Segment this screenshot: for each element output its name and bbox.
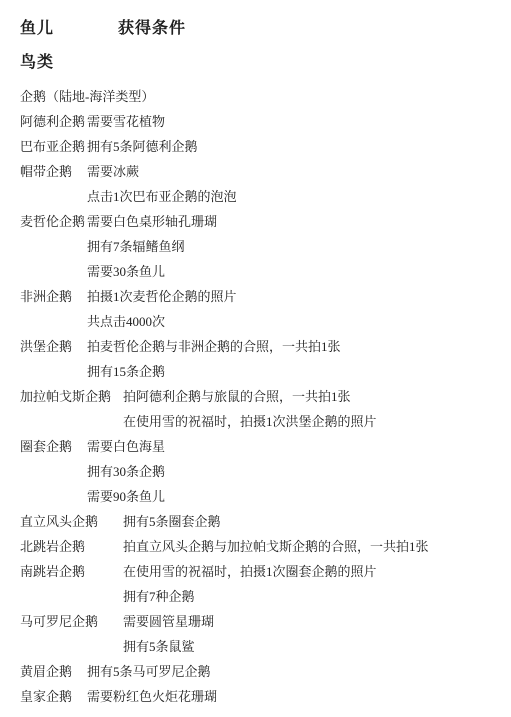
table-row: 直立风头企鹅 拥有5条圈套企鹅 — [20, 509, 503, 534]
penguin-name: 洪堡企鹅 — [20, 334, 87, 359]
condition-list: 需要粉红色火炬花珊瑚 — [87, 684, 503, 709]
condition-list: 拍摄1次麦哲伦企鹅的照片共点击4000次 — [87, 284, 503, 334]
condition-line: 需要90条鱼儿 — [87, 484, 503, 509]
condition-line: 拥有5条圈套企鹅 — [123, 509, 503, 534]
penguin-name: 圈套企鹅 — [20, 434, 87, 459]
table-row: 马可罗尼企鹅 需要圆管星珊瑚拥有5条鼠鲨 — [20, 609, 503, 659]
condition-line: 共点击4000次 — [87, 309, 503, 334]
penguin-name: 非洲企鹅 — [20, 284, 87, 309]
condition-line: 拥有7条辐鳍鱼纲 — [87, 234, 503, 259]
condition-line: 拥有5条鼠鲨 — [123, 634, 503, 659]
header-fish-column: 鱼儿 — [20, 16, 118, 42]
penguin-name: 马可罗尼企鹅 — [20, 609, 123, 634]
penguin-name: 阿德利企鹅 — [20, 109, 87, 134]
penguin-name: 加拉帕戈斯企鹅 — [20, 384, 123, 409]
condition-line: 点击1次巴布亚企鹅的泡泡 — [87, 184, 503, 209]
condition-line: 需要雪花植物 — [87, 109, 503, 134]
table-row: 南跳岩企鹅 在使用雪的祝福时，拍摄1次圈套企鹅的照片拥有7种企鹅 — [20, 559, 503, 609]
condition-line: 拍阿德利企鹅与旅鼠的合照，一共拍1张 — [123, 384, 503, 409]
condition-line: 拥有7种企鹅 — [123, 584, 503, 609]
table-row: 巴布亚企鹅 拥有5条阿德利企鹅 — [20, 134, 503, 159]
condition-line: 拥有30条企鹅 — [87, 459, 503, 484]
table-row: 皇家企鹅 需要粉红色火炬花珊瑚 — [20, 684, 503, 709]
condition-line: 需要白色海星 — [87, 434, 503, 459]
condition-list: 需要圆管星珊瑚拥有5条鼠鲨 — [123, 609, 503, 659]
condition-list: 在使用雪的祝福时，拍摄1次圈套企鹅的照片拥有7种企鹅 — [123, 559, 503, 609]
document-page: 鱼儿 获得条件 鸟类 企鹅（陆地-海洋类型） 阿德利企鹅 需要雪花植物 巴布亚企… — [0, 0, 511, 717]
condition-list: 拍直立风头企鹅与加拉帕戈斯企鹅的合照，一共拍1张 — [123, 534, 503, 559]
condition-line: 拥有5条阿德利企鹅 — [87, 134, 503, 159]
table-row: 加拉帕戈斯企鹅 拍阿德利企鹅与旅鼠的合照，一共拍1张在使用雪的祝福时，拍摄1次洪… — [20, 384, 503, 434]
subsection-title-penguin: 企鹅（陆地-海洋类型） — [20, 84, 503, 109]
table-row: 阿德利企鹅 需要雪花植物 — [20, 109, 503, 134]
table-row: 北跳岩企鹅 拍直立风头企鹅与加拉帕戈斯企鹅的合照，一共拍1张 — [20, 534, 503, 559]
table-row: 圈套企鹅 需要白色海星拥有30条企鹅需要90条鱼儿 — [20, 434, 503, 509]
section-title-birds: 鸟类 — [20, 50, 503, 76]
condition-list: 拥有5条阿德利企鹅 — [87, 134, 503, 159]
condition-list: 拥有5条马可罗尼企鹅 — [87, 659, 503, 684]
condition-line: 在使用雪的祝福时，拍摄1次圈套企鹅的照片 — [123, 559, 503, 584]
penguin-name: 麦哲伦企鹅 — [20, 209, 87, 234]
document-content: 鱼儿 获得条件 鸟类 企鹅（陆地-海洋类型） 阿德利企鹅 需要雪花植物 巴布亚企… — [0, 0, 511, 709]
condition-list: 拍阿德利企鹅与旅鼠的合照，一共拍1张在使用雪的祝福时，拍摄1次洪堡企鹅的照片 — [123, 384, 503, 434]
condition-list: 拍麦哲伦企鹅与非洲企鹅的合照，一共拍1张拥有15条企鹅 — [87, 334, 503, 384]
condition-line: 需要圆管星珊瑚 — [123, 609, 503, 634]
condition-list: 拥有5条圈套企鹅 — [123, 509, 503, 534]
penguin-name: 巴布亚企鹅 — [20, 134, 87, 159]
penguin-name: 皇家企鹅 — [20, 684, 87, 709]
penguin-name: 黄眉企鹅 — [20, 659, 87, 684]
penguin-name: 南跳岩企鹅 — [20, 559, 123, 584]
condition-line: 拍直立风头企鹅与加拉帕戈斯企鹅的合照，一共拍1张 — [123, 534, 503, 559]
table-row: 非洲企鹅 拍摄1次麦哲伦企鹅的照片共点击4000次 — [20, 284, 503, 334]
condition-line: 拍摄1次麦哲伦企鹅的照片 — [87, 284, 503, 309]
table-row: 洪堡企鹅 拍麦哲伦企鹅与非洲企鹅的合照，一共拍1张拥有15条企鹅 — [20, 334, 503, 384]
penguin-name: 帽带企鹅 — [20, 159, 87, 184]
table-row: 麦哲伦企鹅 需要白色桌形轴孔珊瑚拥有7条辐鳍鱼纲需要30条鱼儿 — [20, 209, 503, 284]
table-header-row: 鱼儿 获得条件 — [20, 16, 503, 42]
table-row: 帽带企鹅 需要冰蕨点击1次巴布亚企鹅的泡泡 — [20, 159, 503, 209]
condition-line: 在使用雪的祝福时，拍摄1次洪堡企鹅的照片 — [123, 409, 503, 434]
condition-line: 需要冰蕨 — [87, 159, 503, 184]
condition-list: 需要白色桌形轴孔珊瑚拥有7条辐鳍鱼纲需要30条鱼儿 — [87, 209, 503, 284]
condition-line: 拍麦哲伦企鹅与非洲企鹅的合照，一共拍1张 — [87, 334, 503, 359]
condition-list: 需要雪花植物 — [87, 109, 503, 134]
penguin-name: 直立风头企鹅 — [20, 509, 123, 534]
table-row: 黄眉企鹅 拥有5条马可罗尼企鹅 — [20, 659, 503, 684]
condition-list: 需要白色海星拥有30条企鹅需要90条鱼儿 — [87, 434, 503, 509]
penguin-table: 阿德利企鹅 需要雪花植物 巴布亚企鹅 拥有5条阿德利企鹅 帽带企鹅 需要冰蕨点击… — [20, 109, 503, 709]
condition-line: 需要白色桌形轴孔珊瑚 — [87, 209, 503, 234]
penguin-name: 北跳岩企鹅 — [20, 534, 123, 559]
header-conditions-column: 获得条件 — [118, 16, 186, 42]
condition-list: 需要冰蕨点击1次巴布亚企鹅的泡泡 — [87, 159, 503, 209]
condition-line: 需要粉红色火炬花珊瑚 — [87, 684, 503, 709]
condition-line: 需要30条鱼儿 — [87, 259, 503, 284]
condition-line: 拥有15条企鹅 — [87, 359, 503, 384]
condition-line: 拥有5条马可罗尼企鹅 — [87, 659, 503, 684]
